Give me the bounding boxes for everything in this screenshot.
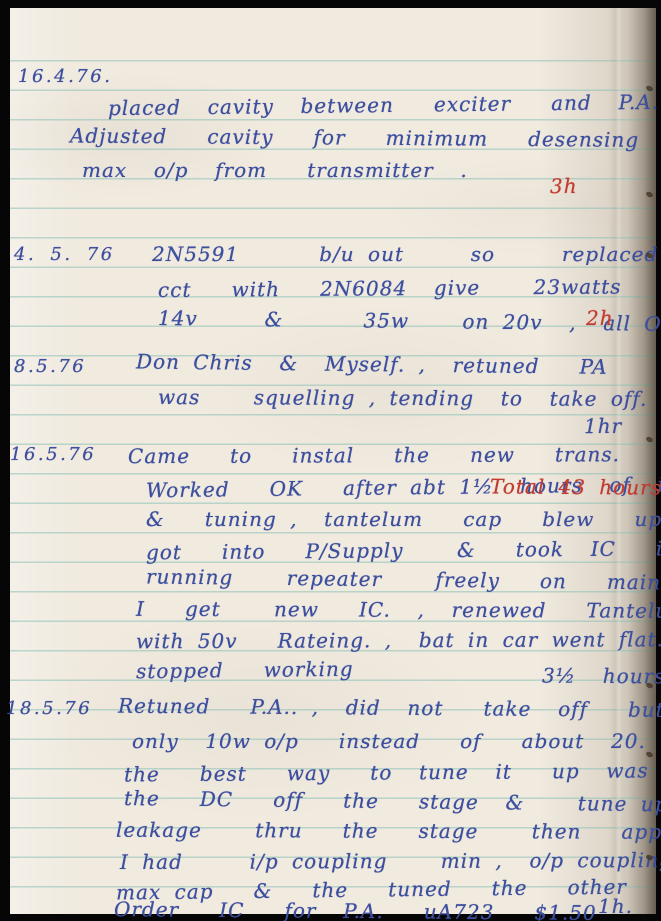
- handwriting-line: Retuned P.A.. , did not take off but has: [118, 696, 661, 721]
- handwriting-line: stopped working: [136, 659, 354, 682]
- handwriting-line: Order IC for P.A. uA723 $1.50: [114, 899, 597, 921]
- entry-date: 16.4.76.: [18, 68, 112, 86]
- binding-stitch-mark: [645, 190, 654, 198]
- entry-date: 8.5.76: [14, 358, 86, 376]
- handwriting-line: cct with 2N6084 give 23watts on: [158, 276, 661, 300]
- entry-date: 4. 5. 76: [14, 246, 115, 264]
- handwriting-layer: 16.4.76.placed cavity between exciter an…: [0, 0, 661, 921]
- handwriting-line: 1h.: [598, 896, 633, 916]
- handwriting-line: & tuning , tantelum cap blew up , RF: [146, 509, 661, 529]
- handwriting-line: the DC off the stage & tune up for max: [124, 788, 661, 816]
- handwriting-line: got into P/Supply & took IC in reg: [146, 538, 661, 563]
- handwriting-line: with 50v Rateing. , bat in car went flat…: [136, 629, 661, 651]
- entry-date: 16.5.76: [10, 446, 96, 464]
- red-ink-annotation: 3h: [550, 176, 578, 196]
- handwriting-line: Adjusted cavity for minimum desensing wi…: [70, 125, 661, 150]
- handwriting-line: 1hr: [584, 416, 622, 436]
- handwriting-line: 3½ hours .: [542, 665, 661, 686]
- handwriting-line: leakage thru the stage then apply power.: [116, 820, 661, 843]
- handwriting-line: Came to instal the new trans. in P.A.: [128, 444, 661, 466]
- handwriting-line: the best way to tune it up was to take: [124, 760, 661, 785]
- handwriting-line: 2N5591 b/u out so replaced the PA: [152, 244, 661, 264]
- handwriting-line: I get new IC. , renewed Tantelum in P.A.: [136, 599, 661, 622]
- handwriting-line: I had i/p coupling min , o/p coupling: [120, 850, 661, 872]
- handwriting-line: Don Chris & Myself. , retuned PA repeate…: [136, 351, 661, 378]
- entry-date: 18.5.76: [6, 700, 92, 718]
- red-ink-annotation: 2h: [586, 308, 614, 328]
- handwriting-line: max o/p from transmitter .: [82, 160, 468, 180]
- handwriting-line: running repeater freely on mains until: [146, 566, 661, 593]
- handwriting-line: placed cavity between exciter and P.A.: [108, 92, 659, 118]
- handwriting-line: was squelling , tending to take off.: [158, 387, 647, 409]
- red-ink-annotation: Total 43 hours: [490, 476, 661, 497]
- handwriting-line: only 10w o/p instead of about 20. I foun…: [132, 731, 661, 751]
